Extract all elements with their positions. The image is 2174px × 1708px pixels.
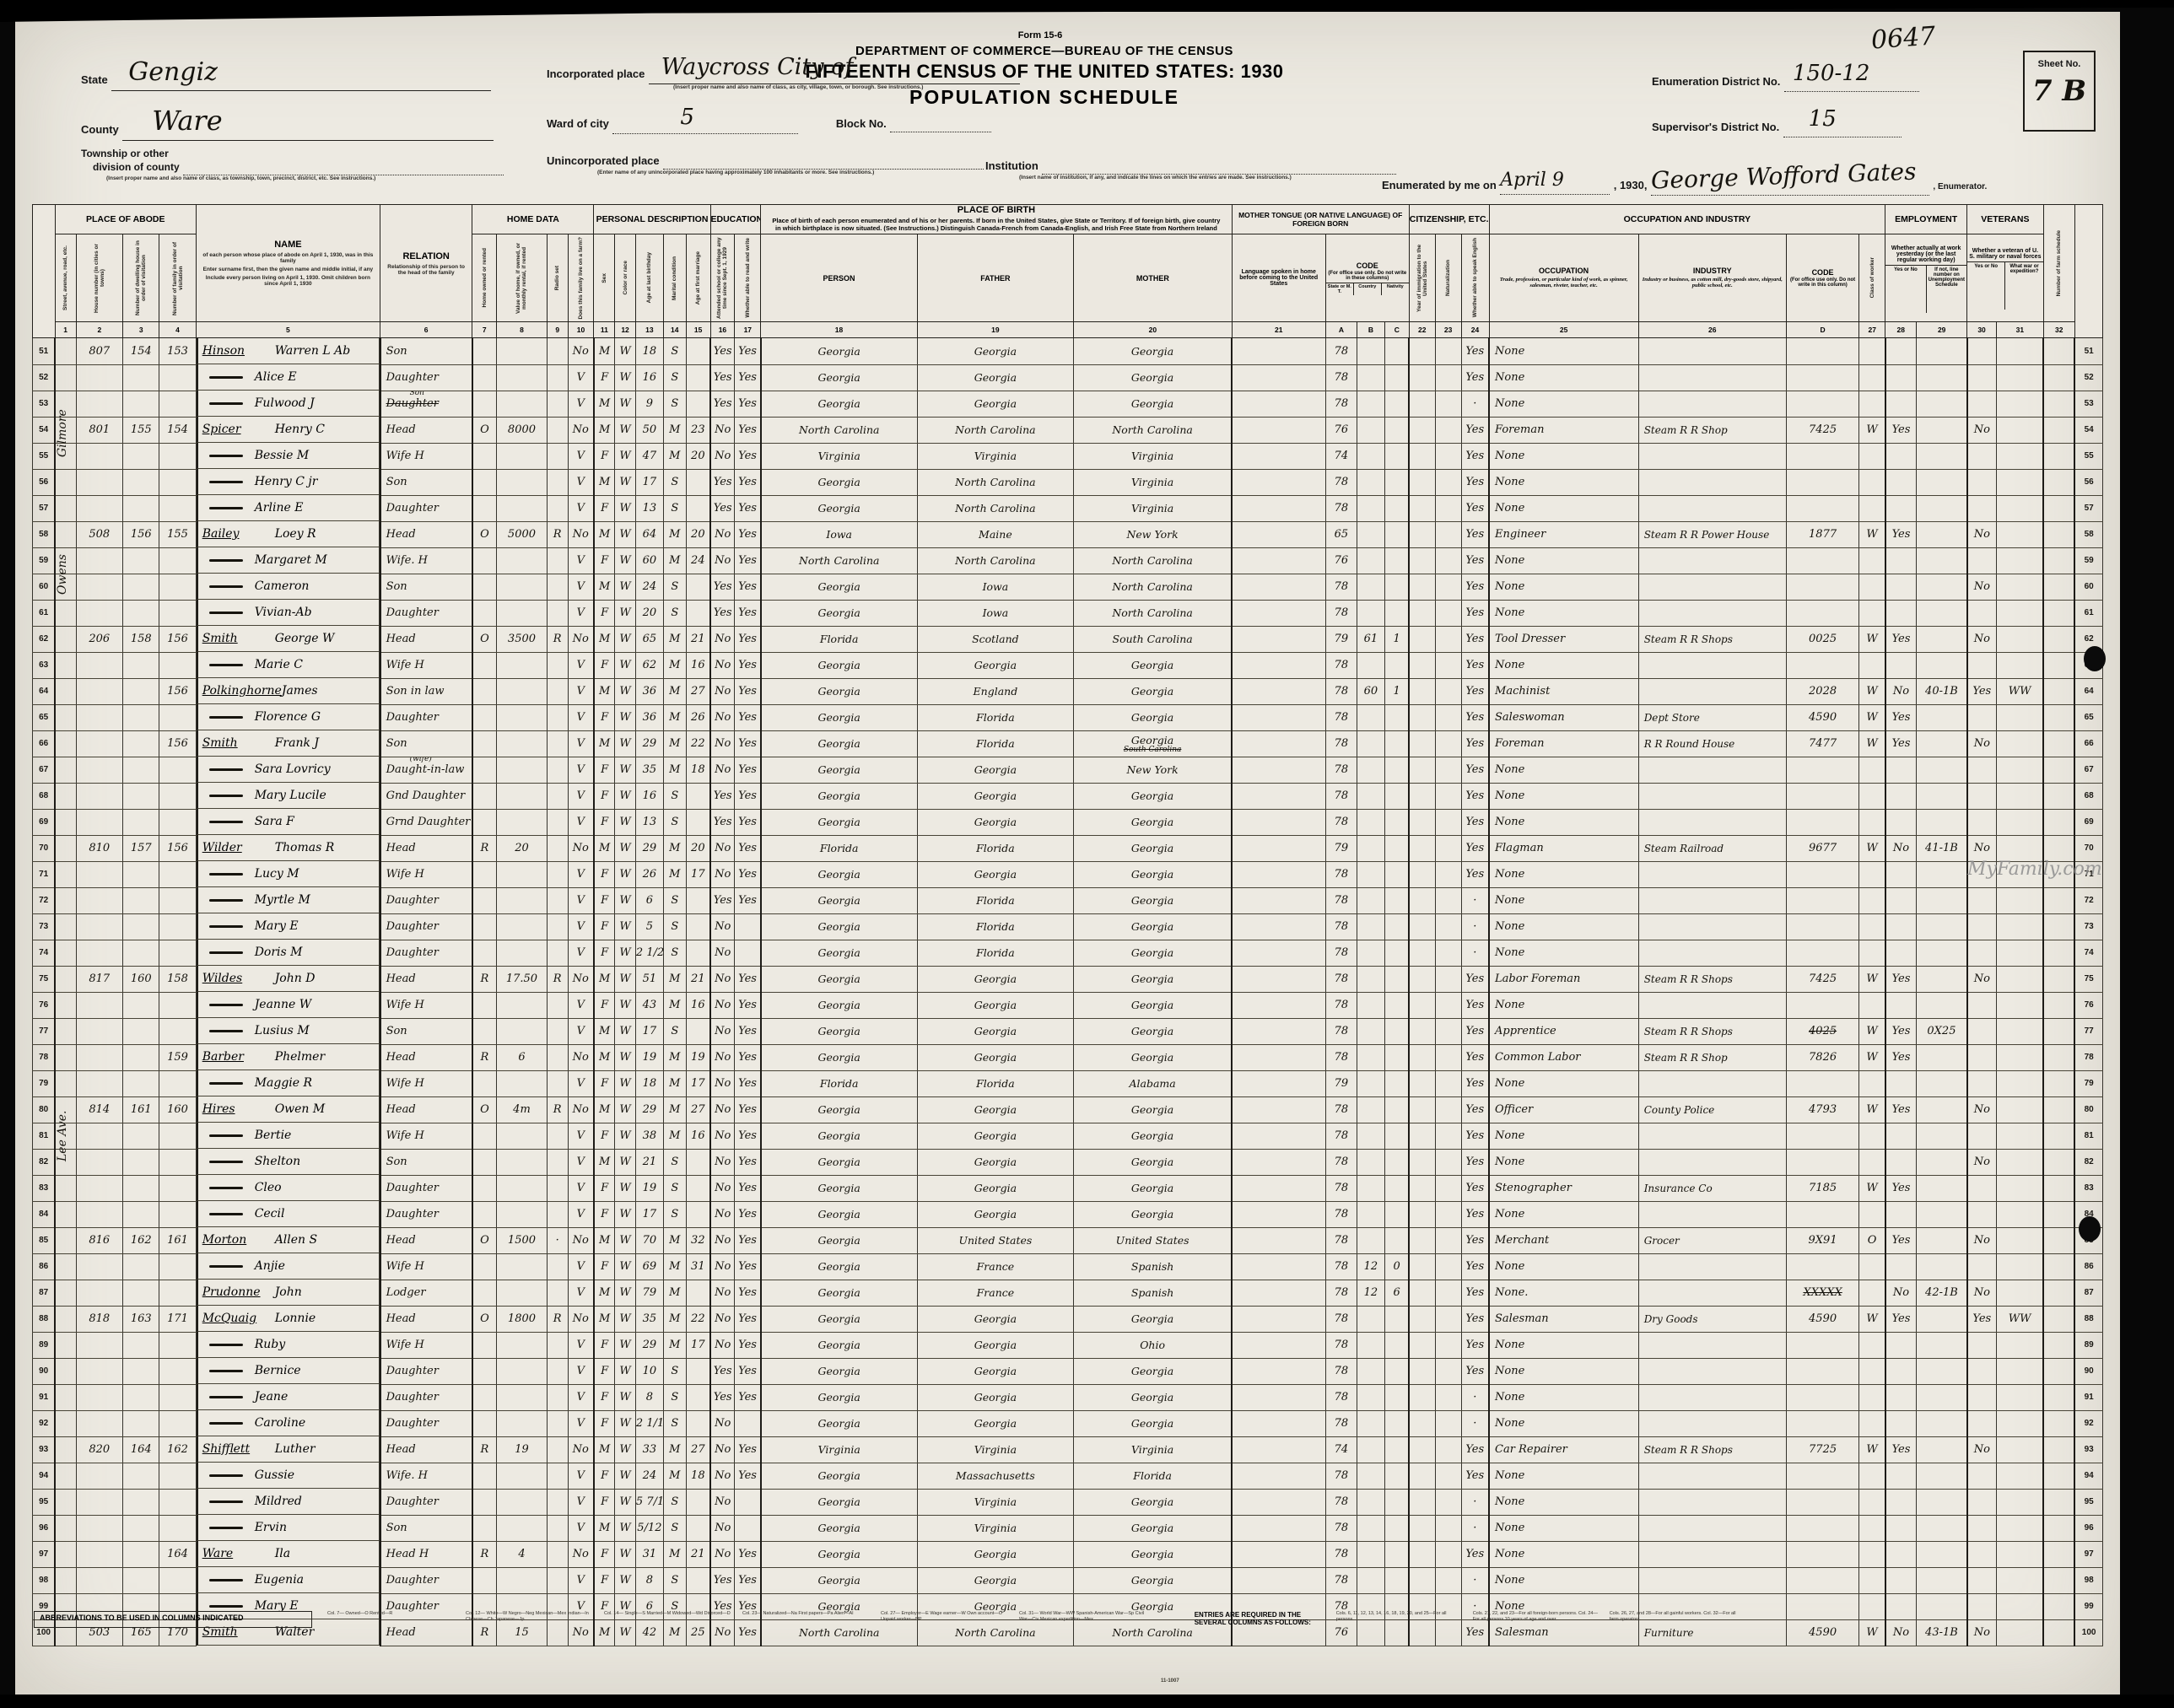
cell-bp: Georgia xyxy=(761,1253,917,1280)
cell-a: 79 xyxy=(1325,626,1357,652)
given-name: Lusius M xyxy=(255,1024,310,1037)
cell-cw xyxy=(1859,391,1885,417)
census-record-row: 64156PolkinghorneJamesSon in lawVMW36M27… xyxy=(33,678,2103,704)
cell-rel: Head xyxy=(380,1306,472,1332)
cell-a: 78 xyxy=(1325,966,1357,992)
cell-sx: F xyxy=(594,704,615,730)
cell-sx: F xyxy=(594,1567,615,1593)
cell-name: Jeanne W xyxy=(197,992,380,1018)
census-record-row: 84CecilDaughterVFW17SNoYesGeorgiaGeorgia… xyxy=(33,1201,2103,1227)
cell-cw: W xyxy=(1859,1436,1885,1463)
cell-lang xyxy=(1232,1306,1325,1332)
cell-dw xyxy=(123,1489,159,1515)
cell-ln xyxy=(1917,652,1967,678)
cell-nl: 58 xyxy=(33,521,56,547)
mother-birthplace: Georgia xyxy=(1074,345,1231,358)
cell-sx: M xyxy=(594,730,615,757)
cell-rd: Yes xyxy=(735,1018,761,1044)
cell-f: 162 xyxy=(159,1436,196,1463)
cell-own xyxy=(472,574,497,600)
cell-cl: W xyxy=(615,1201,636,1227)
cell-name: Sara Lovricy xyxy=(197,757,380,783)
cell-bp: North Carolina xyxy=(761,417,917,443)
given-name: Sara F xyxy=(255,815,294,828)
cell-fs xyxy=(2043,1253,2074,1280)
cell-b xyxy=(1357,835,1384,861)
cell-am xyxy=(686,1280,710,1306)
cell-f xyxy=(159,469,196,495)
column-number-29: 29 xyxy=(1917,322,1967,338)
cell-val xyxy=(497,547,548,574)
cell-sx: F xyxy=(594,1201,615,1227)
cell-lang xyxy=(1232,364,1325,391)
cell-c xyxy=(1384,1227,1409,1253)
cell-cd: 7185 xyxy=(1786,1175,1859,1201)
cell-ind xyxy=(1638,1410,1786,1436)
cell-dw xyxy=(123,1175,159,1201)
cell-cl: W xyxy=(615,1175,636,1201)
cell-h xyxy=(76,1489,123,1515)
cell-ag: 20 xyxy=(635,600,663,626)
cell-own xyxy=(472,652,497,678)
cell-n23 xyxy=(1435,1280,1461,1306)
cell-oc: None xyxy=(1489,600,1638,626)
cell-sx: F xyxy=(594,913,615,940)
cell-nr: 93 xyxy=(2074,1436,2102,1463)
cell-fs xyxy=(2043,1149,2074,1175)
cell-rad xyxy=(547,835,568,861)
cell-st xyxy=(55,704,76,730)
cell-ind xyxy=(1638,1253,1786,1280)
cell-rd: Yes xyxy=(735,1201,761,1227)
cell-bf: Virginia xyxy=(917,1436,1073,1463)
cell-am xyxy=(686,913,710,940)
cell-vt xyxy=(1967,443,1997,469)
cell-b xyxy=(1357,1332,1384,1358)
census-record-row: 57Arline EDaughterVFW13SYesYesGeorgiaNor… xyxy=(33,495,2103,521)
surname: Bailey xyxy=(202,527,275,541)
cell-fs xyxy=(2043,1227,2074,1253)
cell-ln xyxy=(1917,1123,1967,1149)
cell-ag: 5 xyxy=(635,913,663,940)
cell-lang xyxy=(1232,547,1325,574)
cell-bf: Florida xyxy=(917,730,1073,757)
cell-c xyxy=(1384,966,1409,992)
cell-wk: Yes xyxy=(1885,1306,1917,1332)
cell-oc: None xyxy=(1489,887,1638,913)
cell-rd: Yes xyxy=(735,495,761,521)
cell-wk: Yes xyxy=(1885,626,1917,652)
cell-cd: 7725 xyxy=(1786,1436,1859,1463)
cell-rd: Yes xyxy=(735,391,761,417)
cell-name: BaileyLoey R xyxy=(197,521,380,547)
given-name: Gussie xyxy=(255,1468,294,1482)
cell-y22 xyxy=(1409,574,1435,600)
cell-mr: M xyxy=(663,1280,686,1306)
cell-name: Florence G xyxy=(197,704,380,730)
cell-bf: Florida xyxy=(917,940,1073,966)
cell-wr xyxy=(1997,547,2044,574)
cell-am xyxy=(686,1384,710,1410)
cell-cw xyxy=(1859,992,1885,1018)
cell-wr xyxy=(1997,1515,2044,1541)
column-personal-13: Age at last birthday xyxy=(635,234,663,322)
relation-value: Head xyxy=(386,423,416,436)
cell-bm: North Carolina xyxy=(1074,574,1233,600)
cell-nr: 68 xyxy=(2074,783,2102,809)
unincorporated-label: Unincorporated place xyxy=(547,154,660,167)
cell-en: Yes xyxy=(1461,704,1489,730)
cell-rel: Daughter xyxy=(380,913,472,940)
cell-oc: None xyxy=(1489,574,1638,600)
sheet-number-box: Sheet No. 7 B xyxy=(2023,51,2096,132)
cell-rd: Yes xyxy=(735,1358,761,1384)
cell-cw: W xyxy=(1859,417,1885,443)
cell-mr: M xyxy=(663,835,686,861)
cell-bp: Georgia xyxy=(761,704,917,730)
cell-name: BarberPhelmer xyxy=(197,1044,380,1070)
cell-c xyxy=(1384,1175,1409,1201)
cell-own xyxy=(472,1567,497,1593)
cell-f: 159 xyxy=(159,1044,196,1070)
cell-h xyxy=(76,861,123,887)
cell-bp: Georgia xyxy=(761,1280,917,1306)
column-veterans-group: Whether a veteran of U. S. military or n… xyxy=(1967,234,2044,322)
entries-required-notes: Cols. 6, 11, 12, 13, 14, 16, 18, 19, 20,… xyxy=(1336,1611,1736,1684)
cell-ind xyxy=(1638,992,1786,1018)
cell-sx: F xyxy=(594,364,615,391)
cell-oc: Stenographer xyxy=(1489,1175,1638,1201)
cell-f xyxy=(159,940,196,966)
cell-ag: 50 xyxy=(635,417,663,443)
cell-wr xyxy=(1997,966,2044,992)
cell-cd: 7477 xyxy=(1786,730,1859,757)
cell-fs xyxy=(2043,757,2074,783)
cell-bp: Georgia xyxy=(761,1201,917,1227)
cell-n23 xyxy=(1435,1149,1461,1175)
cell-bf: Georgia xyxy=(917,783,1073,809)
cell-c: 0 xyxy=(1384,1253,1409,1280)
cell-name: Anjie xyxy=(197,1253,380,1280)
cell-am xyxy=(686,495,710,521)
cell-n23 xyxy=(1435,835,1461,861)
cell-h: 814 xyxy=(76,1096,123,1123)
cell-frm: No xyxy=(568,626,594,652)
given-name: Mary Lucile xyxy=(255,789,326,802)
census-record-row: 61Vivian-AbDaughterVFW20SYesYesGeorgiaIo… xyxy=(33,600,2103,626)
cell-c xyxy=(1384,704,1409,730)
cell-h xyxy=(76,1384,123,1410)
cell-cd xyxy=(1786,1515,1859,1541)
cell-rd: Yes xyxy=(735,1306,761,1332)
cell-vt xyxy=(1967,600,1997,626)
cell-own xyxy=(472,1280,497,1306)
cell-frm: No xyxy=(568,1541,594,1567)
cell-rad xyxy=(547,391,568,417)
column-number-11: 11 xyxy=(594,322,615,338)
cell-y22 xyxy=(1409,704,1435,730)
relation-value: Head xyxy=(386,1051,416,1064)
census-record-row: 69Sara FGrnd DaughterVFW13SYesYesGeorgia… xyxy=(33,809,2103,835)
enumeration-district-label: Enumeration District No. xyxy=(1652,75,1780,88)
enumerated-field: Enumerated by me on April 9 , 1930, Geor… xyxy=(1382,167,2116,196)
cell-rad xyxy=(547,992,568,1018)
cell-am: 17 xyxy=(686,861,710,887)
cell-h: 816 xyxy=(76,1227,123,1253)
cell-nl: 89 xyxy=(33,1332,56,1358)
census-record-row: 86AnjieWife HVFW69M31NoYesGeorgiaFranceS… xyxy=(33,1253,2103,1280)
cell-rd: Yes xyxy=(735,704,761,730)
cell-cl: W xyxy=(615,913,636,940)
mother-birthplace: Georgia xyxy=(1074,734,1231,746)
cell-wr xyxy=(1997,1358,2044,1384)
cell-y22 xyxy=(1409,1280,1435,1306)
cell-sx: M xyxy=(594,574,615,600)
cell-frm: V xyxy=(568,1070,594,1096)
cell-wr xyxy=(1997,495,2044,521)
cell-y22 xyxy=(1409,1436,1435,1463)
ditto-dash xyxy=(209,873,243,876)
given-name: Henry C jr xyxy=(255,475,318,488)
cell-rel: Wife H xyxy=(380,1123,472,1149)
cell-st xyxy=(55,652,76,678)
mother-birthplace: North Carolina xyxy=(1074,580,1231,593)
mother-birthplace: Virginia xyxy=(1074,1443,1231,1456)
cell-n23 xyxy=(1435,521,1461,547)
ditto-dash xyxy=(209,559,243,562)
cell-h xyxy=(76,940,123,966)
cell-nl: 92 xyxy=(33,1410,56,1436)
cell-mr: S xyxy=(663,469,686,495)
cell-cw xyxy=(1859,809,1885,835)
cell-f: 156 xyxy=(159,730,196,757)
cell-rel: Wife H xyxy=(380,1332,472,1358)
cell-val: 8000 xyxy=(497,417,548,443)
cell-f xyxy=(159,1332,196,1358)
cell-b xyxy=(1357,338,1384,365)
cell-a: 78 xyxy=(1325,1332,1357,1358)
cell-val xyxy=(497,730,548,757)
supervisor-district-label: Supervisor's District No. xyxy=(1652,121,1779,133)
cell-nr: 90 xyxy=(2074,1358,2102,1384)
cell-cw xyxy=(1859,652,1885,678)
cell-rel: Head xyxy=(380,1436,472,1463)
cell-cd: 7425 xyxy=(1786,417,1859,443)
cell-oc: Flagman xyxy=(1489,835,1638,861)
street-name: Gilmore xyxy=(56,353,69,514)
cell-b xyxy=(1357,364,1384,391)
cell-rd xyxy=(735,1489,761,1515)
abbreviation-notes: Col. 7— Owned—O Rented—RCol. 12— White—W… xyxy=(327,1611,1146,1684)
cell-n23 xyxy=(1435,495,1461,521)
cell-cl: W xyxy=(615,1410,636,1436)
cell-cl: W xyxy=(615,574,636,600)
given-name: Alice E xyxy=(255,370,297,384)
cell-n23 xyxy=(1435,469,1461,495)
cell-sc: No xyxy=(710,1306,735,1332)
cell-oc: None xyxy=(1489,783,1638,809)
cell-rad xyxy=(547,469,568,495)
cell-rel: Son xyxy=(380,469,472,495)
cell-nl: 69 xyxy=(33,809,56,835)
cell-fs xyxy=(2043,600,2074,626)
cell-am xyxy=(686,1567,710,1593)
cell-oc: Merchant xyxy=(1489,1227,1638,1253)
cell-lang xyxy=(1232,391,1325,417)
cell-h xyxy=(76,913,123,940)
cell-name: Gussie xyxy=(197,1463,380,1489)
cell-fs xyxy=(2043,1567,2074,1593)
column-home-8: Value of home, if owned, or monthly rent… xyxy=(497,234,548,322)
cell-own xyxy=(472,783,497,809)
cell-st xyxy=(55,861,76,887)
cell-fs xyxy=(2043,443,2074,469)
cell-rd: Yes xyxy=(735,547,761,574)
cell-en: Yes xyxy=(1461,1123,1489,1149)
cell-ag: 19 xyxy=(635,1044,663,1070)
cell-bp: Georgia xyxy=(761,966,917,992)
cell-ln xyxy=(1917,1227,1967,1253)
cell-y22 xyxy=(1409,940,1435,966)
cell-rd: Yes xyxy=(735,1227,761,1253)
cell-nr: 74 xyxy=(2074,940,2102,966)
cell-en: Yes xyxy=(1461,809,1489,835)
given-name: Loey R xyxy=(275,527,316,541)
cell-sx: F xyxy=(594,1070,615,1096)
cell-bm: North Carolina xyxy=(1074,547,1233,574)
cell-rad: R xyxy=(547,966,568,992)
cell-wr xyxy=(1997,1096,2044,1123)
cell-f: 161 xyxy=(159,1227,196,1253)
sheet-label: Sheet No. xyxy=(2025,59,2094,69)
cell-st xyxy=(55,887,76,913)
cell-wk xyxy=(1885,443,1917,469)
cell-n23 xyxy=(1435,1436,1461,1463)
cell-a: 78 xyxy=(1325,364,1357,391)
cell-am xyxy=(686,574,710,600)
cell-n23 xyxy=(1435,574,1461,600)
abbreviations-title: ABBREVIATIONS TO BE USED IN COLUMNS INDI… xyxy=(34,1611,312,1628)
cell-oc: Engineer xyxy=(1489,521,1638,547)
cell-vt: No xyxy=(1967,626,1997,652)
given-name: Vivian-Ab xyxy=(255,606,312,619)
cell-a: 78 xyxy=(1325,391,1357,417)
cell-sc: No xyxy=(710,1175,735,1201)
ditto-dash xyxy=(209,1344,243,1346)
cell-rad xyxy=(547,1070,568,1096)
cell-cl: W xyxy=(615,1018,636,1044)
cell-bm: United States xyxy=(1074,1227,1233,1253)
cell-vt xyxy=(1967,1175,1997,1201)
cell-bp: Georgia xyxy=(761,1175,917,1201)
cell-ln xyxy=(1917,1201,1967,1227)
ditto-dash xyxy=(209,795,243,797)
cell-ind xyxy=(1638,809,1786,835)
cell-rad xyxy=(547,1515,568,1541)
ditto-dash xyxy=(209,1134,243,1137)
cell-vt xyxy=(1967,704,1997,730)
cell-nl: 90 xyxy=(33,1358,56,1384)
cell-cl: W xyxy=(615,364,636,391)
cell-sc: No xyxy=(710,861,735,887)
cell-cd xyxy=(1786,652,1859,678)
cell-ind: R R Round House xyxy=(1638,730,1786,757)
cell-vt xyxy=(1967,887,1997,913)
relation-value: Head xyxy=(386,842,416,854)
cell-bm: Georgia xyxy=(1074,783,1233,809)
cell-oc: None xyxy=(1489,1541,1638,1567)
cell-c xyxy=(1384,652,1409,678)
cell-c xyxy=(1384,547,1409,574)
cell-en: Yes xyxy=(1461,1463,1489,1489)
relation-value: Wife H xyxy=(386,868,424,881)
cell-fs xyxy=(2043,1044,2074,1070)
cell-y22 xyxy=(1409,1489,1435,1515)
cell-cd xyxy=(1786,1463,1859,1489)
cell-fs xyxy=(2043,1489,2074,1515)
cell-fs xyxy=(2043,1070,2074,1096)
mother-birthplace: New York xyxy=(1074,528,1231,541)
census-record-row: 82SheltonSonVMW21SNoYesGeorgiaGeorgiaGeo… xyxy=(33,1149,2103,1175)
cell-wr xyxy=(1997,574,2044,600)
cell-wk xyxy=(1885,469,1917,495)
cell-c xyxy=(1384,1463,1409,1489)
cell-b xyxy=(1357,574,1384,600)
cell-rad xyxy=(547,417,568,443)
census-record-row: 56Henry C jrSonVMW17SYesYesGeorgiaNorth … xyxy=(33,469,2103,495)
cell-fs xyxy=(2043,1410,2074,1436)
cell-rd: Yes xyxy=(735,1149,761,1175)
cell-dw: 161 xyxy=(123,1096,159,1123)
mother-birthplace: Georgia xyxy=(1074,1574,1231,1587)
cell-mr: M xyxy=(663,992,686,1018)
cell-cl: W xyxy=(615,704,636,730)
cell-mr: M xyxy=(663,1044,686,1070)
incorporated-caption: (Insert proper name and also name of cla… xyxy=(673,84,1020,90)
cell-rad xyxy=(547,1123,568,1149)
cell-cd: 9677 xyxy=(1786,835,1859,861)
relation-value: Daughter xyxy=(386,1417,439,1430)
cell-mr: S xyxy=(663,1149,686,1175)
cell-bm: Virginia xyxy=(1074,1436,1233,1463)
cell-a: 78 xyxy=(1325,809,1357,835)
abbreviation-note: Col. 31— World War—WW Spanish-American W… xyxy=(1019,1611,1146,1684)
cell-val xyxy=(497,887,548,913)
cell-c xyxy=(1384,992,1409,1018)
cell-fs xyxy=(2043,730,2074,757)
cell-bm: Alabama xyxy=(1074,1070,1233,1096)
cell-fs xyxy=(2043,704,2074,730)
ditto-dash xyxy=(209,1082,243,1085)
abbreviation-note: Col. 12— White—W Negro—Neg Mexican—Mex I… xyxy=(466,1611,592,1684)
cell-nl: 59 xyxy=(33,547,56,574)
cell-nr: 67 xyxy=(2074,757,2102,783)
cell-bf: Georgia xyxy=(917,1410,1073,1436)
cell-cw xyxy=(1859,1541,1885,1567)
cell-en: Yes xyxy=(1461,966,1489,992)
cell-nr: 98 xyxy=(2074,1567,2102,1593)
column-personal-11: Sex xyxy=(594,234,615,322)
cell-wk xyxy=(1885,1149,1917,1175)
cell-fs xyxy=(2043,913,2074,940)
cell-f xyxy=(159,783,196,809)
cell-sx: M xyxy=(594,1515,615,1541)
cell-cd: 7826 xyxy=(1786,1044,1859,1070)
cell-name: Doris M xyxy=(197,940,380,966)
cell-lang xyxy=(1232,1280,1325,1306)
cell-wr xyxy=(1997,521,2044,547)
census-record-row: 85816162161MortonAllen SHeadO1500·NoMW70… xyxy=(33,1227,2103,1253)
